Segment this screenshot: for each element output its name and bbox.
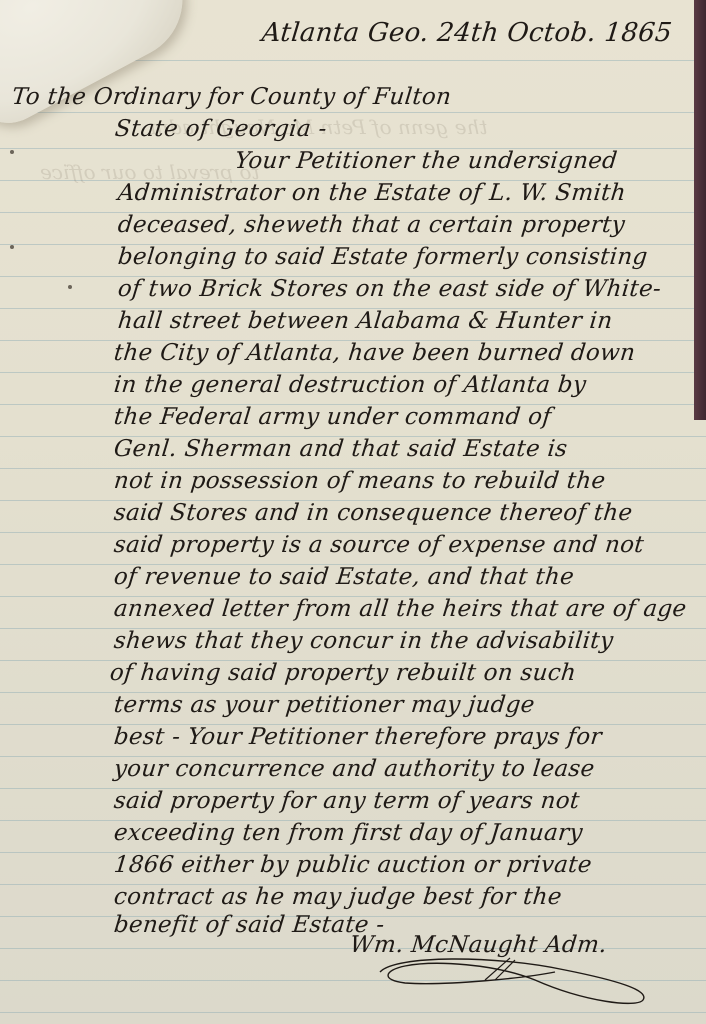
body-line: said Stores and in consequence thereof t… [113,500,634,526]
body-line: said property for any term of years not [113,788,581,814]
body-line: your concurrence and authority to lease [113,756,596,782]
body-line: hall street between Alabama & Hunter in [117,308,614,334]
body-line: benefit of said Estate - [113,912,386,938]
address-line: State of Georgia - [114,116,328,142]
body-line: annexed letter from all the heirs that a… [113,596,688,622]
body-line: Administrator on the Estate of L. W. Smi… [117,180,628,206]
body-line: of two Brick Stores on the east side of … [117,276,663,302]
margin-mark [68,285,72,289]
body-line: 1866 either by public auction or private [113,852,593,878]
body-line: of revenue to said Estate, and that the [113,564,576,590]
body-line: exceeding ten from first day of January [113,820,584,846]
body-line: in the general destruction of Atlanta by [113,372,588,398]
dateline: Atlanta Geo. 24th Octob. 1865 [260,18,673,48]
signature-flourish-icon [375,950,655,1010]
body-line: said property is a source of expense and… [113,532,646,558]
body-line: contract as he may judge best for the [113,884,563,910]
body-line: best - Your Petitioner therefore prays f… [113,724,604,750]
body-line: the City of Atlanta, have been burned do… [113,340,637,366]
body-line: Your Petitioner the undersigned [234,148,619,174]
body-line: the Federal army under command of [113,404,553,430]
body-line: belonging to said Estate formerly consis… [117,244,649,270]
body-line: terms as your petitioner may judge [113,692,536,718]
margin-mark [10,245,14,249]
body-line: Genl. Sherman and that said Estate is [113,436,569,462]
body-line: not in possession of means to rebuild th… [113,468,607,494]
body-line: of having said property rebuilt on such [109,660,578,686]
document-page: the genn of Petn Mc Naught adm to preval… [0,0,706,1024]
address-line: To the Ordinary for County of Fulton [11,84,453,110]
body-line: deceased, sheweth that a certain propert… [117,212,627,238]
body-line: shews that they concur in the advisabili… [113,628,615,654]
margin-mark [10,150,14,154]
binding-edge [694,0,706,420]
